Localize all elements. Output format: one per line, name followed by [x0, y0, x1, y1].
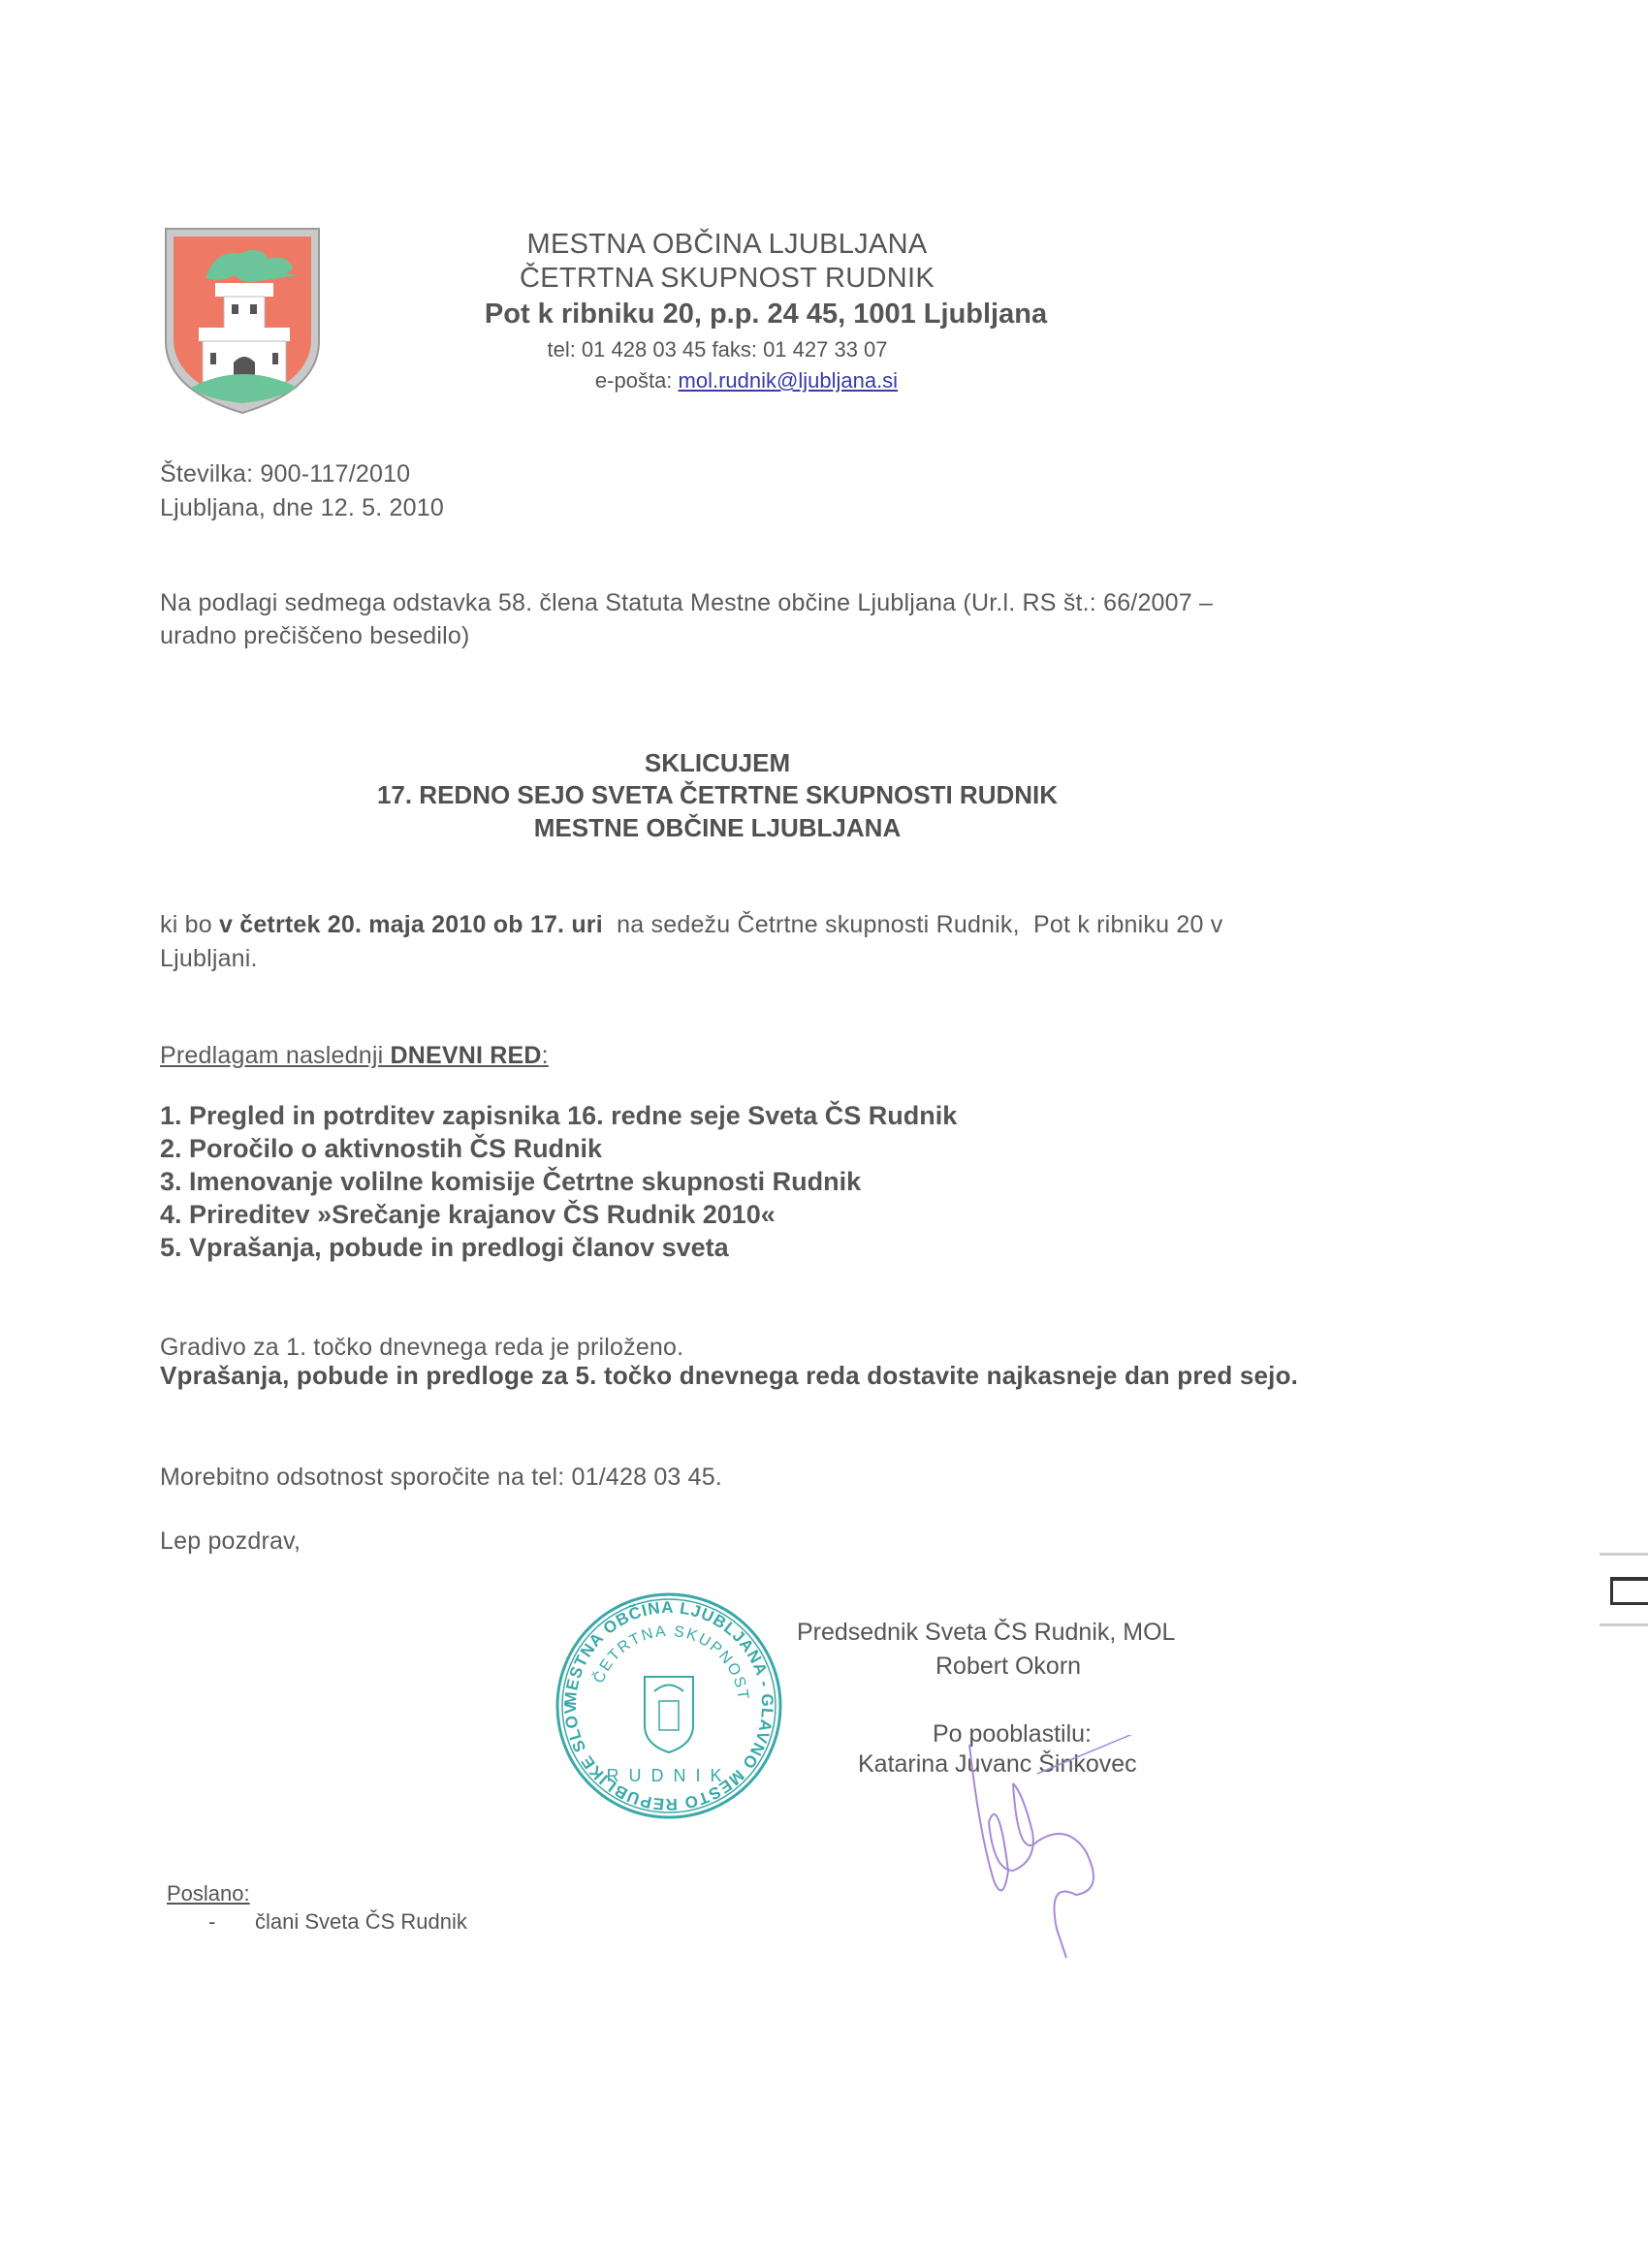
- org-phone-fax: tel: 01 428 03 45 faks: 01 427 33 07: [0, 337, 1444, 362]
- agenda-intro: Predlagam naslednji: [160, 1042, 390, 1069]
- email-link[interactable]: mol.rudnik@ljubljana.si: [679, 368, 899, 393]
- absence-note: Morebitno odsotnost sporočite na tel: 01…: [160, 1464, 722, 1492]
- agenda-item: 1. Pregled in potrditev zapisnika 16. re…: [160, 1101, 957, 1131]
- org-subunit: ČETRTNA SKUPNOST RUDNIK: [0, 263, 1454, 295]
- title-line3: MESTNE OBČINE LJUBLJANA: [0, 813, 1435, 843]
- email-label: e-pošta:: [595, 368, 679, 393]
- org-email-line: e-pošta: mol.rudnik@ljubljana.si: [19, 368, 1474, 394]
- legal-basis-line2: uradno prečiščeno besedilo): [160, 622, 470, 650]
- meeting-line1: ki bo v četrtek 20. maja 2010 ob 17. uri…: [160, 911, 1222, 939]
- meeting-prefix: ki bo: [160, 911, 219, 938]
- agenda-intro-bold: DNEVNI RED: [390, 1042, 541, 1069]
- document-date: Ljubljana, dne 12. 5. 2010: [160, 494, 444, 522]
- legal-basis-line1: Na podlagi sedmega odstavka 58. člena St…: [160, 589, 1213, 617]
- agenda-heading: Predlagam naslednji DNEVNI RED:: [160, 1042, 549, 1070]
- recipient-bullet: -: [208, 1909, 215, 1935]
- org-address: Pot k ribniku 20, p.p. 24 45, 1001 Ljubl…: [39, 299, 1493, 331]
- official-stamp-icon: MESTNA OBČINA LJUBLJANA - GLAVNO MESTO R…: [553, 1590, 785, 1822]
- org-name: MESTNA OBČINA LJUBLJANA: [0, 229, 1454, 261]
- questions-note: Vprašanja, pobude in predloge za 5. točk…: [160, 1361, 1298, 1391]
- window-icon: [1610, 1577, 1648, 1605]
- meeting-line2: Ljubljani.: [160, 945, 258, 973]
- sent-to-label: Poslano:: [167, 1881, 250, 1906]
- stamp-bottom-text: RUDNIK: [606, 1766, 731, 1785]
- meeting-when: v četrtek 20. maja 2010 ob 17. uri: [219, 911, 603, 938]
- agenda-item: 2. Poročilo o aktivnostih ČS Rudnik: [160, 1134, 602, 1164]
- title-line2: 17. REDNO SEJO SVETA ČETRTNE SKUPNOSTI R…: [0, 780, 1435, 810]
- recipient: člani Sveta ČS Rudnik: [255, 1909, 467, 1935]
- material-note: Gradivo za 1. točko dnevnega reda je pri…: [160, 1334, 683, 1362]
- meeting-where: na sedežu Četrtne skupnosti Rudnik, Pot …: [603, 911, 1223, 938]
- greeting: Lep pozdrav,: [160, 1528, 301, 1556]
- signer-name: Robert Okorn: [935, 1653, 1081, 1681]
- document-number: Številka: 900-117/2010: [160, 460, 410, 488]
- window-widget[interactable]: [1600, 1553, 1648, 1626]
- handwritten-signature-icon: [960, 1735, 1183, 1958]
- title-line1: SKLICUJEM: [0, 748, 1435, 778]
- signer-role: Predsednik Sveta ČS Rudnik, MOL: [797, 1619, 1175, 1647]
- agenda-item: 3. Imenovanje volilne komisije Četrtne s…: [160, 1167, 861, 1197]
- agenda-item: 4. Prireditev »Srečanje krajanov ČS Rudn…: [160, 1200, 776, 1230]
- agenda-item: 5. Vprašanja, pobude in predlogi članov …: [160, 1233, 729, 1263]
- agenda-intro-colon: :: [542, 1042, 549, 1069]
